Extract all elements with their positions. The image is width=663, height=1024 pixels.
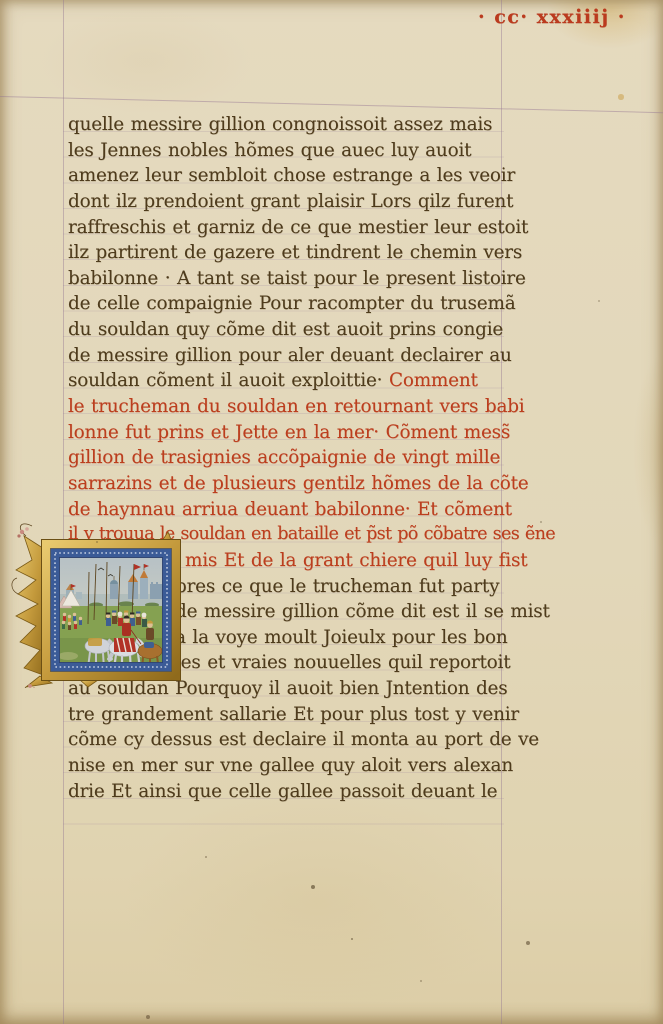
body-text: raffreschis et garniz de ce que mestier … (68, 217, 528, 238)
manuscript-text-line: dont ilz prendoient grant plaisir Lors q… (68, 189, 538, 215)
body-text: babilonne · A tant se taist pour le pres… (68, 268, 526, 289)
ink-specks (0, 0, 2, 2)
manuscript-text-line: il y trouua le souldan en bataille et p̃… (68, 522, 538, 548)
manuscript-text-line: tre grandement sallarie Et pour plus tos… (68, 702, 538, 728)
manuscript-text-line: de celle compaignie Pour racompter du tr… (68, 291, 538, 317)
manuscript-text-line: de messire gillion cõme dit est il se mi… (68, 599, 538, 625)
manuscript-text-line: cõme cy dessus est declaire il monta au … (68, 727, 538, 753)
manuscript-text-line: de messire gillion pour aler deuant decl… (68, 343, 538, 369)
folio-number: · cc· xxxiiij · (478, 6, 628, 28)
manuscript-text-line: pres ce que le trucheman fut party (68, 574, 538, 600)
manuscript-text-line: ilz partirent de gazere et tindrent le c… (68, 240, 538, 266)
manuscript-text-line: du souldan quy cõme dit est auoit prins … (68, 317, 538, 343)
manuscript-text-line: sarrazins et de plusieurs gentilz hõmes … (68, 471, 538, 497)
rubric-text: lonne fut prins et Jette en la mer· Cõme… (68, 422, 510, 443)
rubric-text: le trucheman du souldan en retournant ve… (68, 396, 524, 417)
manuscript-text-line: gillion de trasignies accõpaignie de vin… (68, 445, 538, 471)
body-text: de celle compaignie Pour racompter du tr… (68, 293, 515, 314)
ruling-line-horizontal-top (0, 96, 663, 114)
manuscript-page: · cc· xxxiiij · quelle messire gillion c… (0, 0, 663, 1024)
manuscript-text-line: au souldan Pourquoy il auoit bien Jntent… (68, 676, 538, 702)
manuscript-text-line: de haynnau arriua deuant babilonne· Et c… (68, 497, 538, 523)
body-text: de messire gillion cõme dit est il se mi… (175, 601, 550, 622)
body-text: drie Et ainsi que celle gallee passoit d… (68, 781, 497, 802)
manuscript-text-line: amenez leur sembloit chose estrange a le… (68, 163, 538, 189)
rubric-text: il y trouua le souldan en bataille et p̃… (68, 524, 555, 544)
manuscript-text-line: a la voye moult Joieulx pour les bon (68, 625, 538, 651)
manuscript-text-line: nise en mer sur vne gallee quy aloit ver… (68, 753, 538, 779)
flower-sprig-icon (28, 684, 35, 688)
rubric-text: sarrazins et de plusieurs gentilz hõmes … (68, 473, 528, 494)
manuscript-text-line: mis Et de la grant chiere quil luy fist (68, 548, 538, 574)
body-text: les Jennes nobles hõmes que auec luy auo… (68, 140, 471, 161)
manuscript-text-line: les Jennes nobles hõmes que auec luy auo… (68, 138, 538, 164)
body-text: au souldan Pourquoy il auoit bien Jntent… (68, 678, 507, 699)
rubric-text: mis Et de la grant chiere quil luy fist (185, 550, 527, 571)
body-text: pres ce que le trucheman fut party (175, 576, 499, 597)
body-text: nes et vraies nouuelles quil reportoit (169, 652, 510, 673)
text-block: quelle messire gillion congnoissoit asse… (68, 112, 538, 804)
manuscript-text-line: quelle messire gillion congnoissoit asse… (68, 112, 538, 138)
flower-sprig-icon (17, 527, 28, 537)
body-text: de messire gillion pour aler deuant decl… (68, 345, 512, 366)
body-text: amenez leur sembloit chose estrange a le… (68, 165, 515, 186)
body-text: a la voye moult Joieulx pour les bon (175, 627, 508, 648)
rubric-text: Comment (389, 370, 478, 391)
body-text: tre grandement sallarie Et pour plus tos… (68, 704, 519, 725)
manuscript-text-line: souldan cõment il auoit exploittie· Comm… (68, 368, 538, 394)
body-text: ilz partirent de gazere et tindrent le c… (68, 242, 522, 263)
manuscript-text-line: drie Et ainsi que celle gallee passoit d… (68, 779, 538, 805)
body-text: cõme cy dessus est declaire il monta au … (68, 729, 539, 750)
rubric-text: gillion de trasignies accõpaignie de vin… (68, 447, 500, 468)
ruling-line-vertical-left (63, 0, 64, 1024)
manuscript-text-line: le trucheman du souldan en retournant ve… (68, 394, 538, 420)
body-text: dont ilz prendoient grant plaisir Lors q… (68, 191, 513, 212)
body-text: nise en mer sur vne gallee quy aloit ver… (68, 755, 513, 776)
manuscript-text-line: nes et vraies nouuelles quil reportoit (68, 650, 538, 676)
body-text: quelle messire gillion congnoissoit asse… (68, 114, 492, 135)
body-text: du souldan quy cõme dit est auoit prins … (68, 319, 503, 340)
rubric-text: de haynnau arriua deuant babilonne· Et c… (68, 499, 512, 520)
manuscript-text-line: babilonne · A tant se taist pour le pres… (68, 266, 538, 292)
manuscript-text-line: raffreschis et garniz de ce que mestier … (68, 215, 538, 241)
manuscript-text-line: lonne fut prins et Jette en la mer· Cõme… (68, 420, 538, 446)
body-text: souldan cõment il auoit exploittie· (68, 370, 389, 391)
